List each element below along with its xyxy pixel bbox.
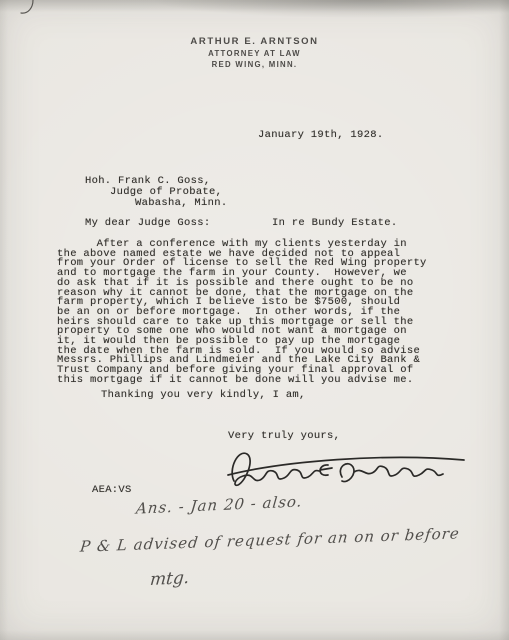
reference-initials: AEA:VS — [92, 484, 132, 496]
closing-line: Thanking you very kindly, I am, — [101, 389, 306, 401]
recipient-address: Hoh. Frank C. Goss, Judge of Probate, Wa… — [85, 176, 227, 210]
subject-line: In re Bundy Estate. — [272, 217, 397, 229]
scanned-letter-page: ARTHUR E. ARNTSON ATTORNEY AT LAW RED WI… — [0, 0, 509, 640]
signature-arthur-arntson — [224, 441, 474, 497]
letterhead-title: ATTORNEY AT LAW — [0, 49, 509, 58]
handwritten-note-mtg: mtg. — [149, 568, 190, 590]
handwritten-note-answered: Ans. - Jan 20 - also. — [135, 492, 303, 517]
letter-body: After a conference with my clients yeste… — [57, 240, 487, 386]
letterhead-name: ARTHUR E. ARNTSON — [0, 36, 509, 47]
handwritten-note-advised: P & L advised of request for an on or be… — [79, 524, 461, 555]
pencil-mark-icon — [18, 0, 40, 23]
recipient-location: Wabasha, Minn. — [85, 198, 227, 209]
letter-date: January 19th, 1928. — [258, 129, 383, 141]
salutation: My dear Judge Goss: — [85, 217, 210, 229]
letterhead-location: RED WING, MINN. — [0, 60, 509, 69]
letterhead: ARTHUR E. ARNTSON ATTORNEY AT LAW RED WI… — [0, 36, 509, 69]
